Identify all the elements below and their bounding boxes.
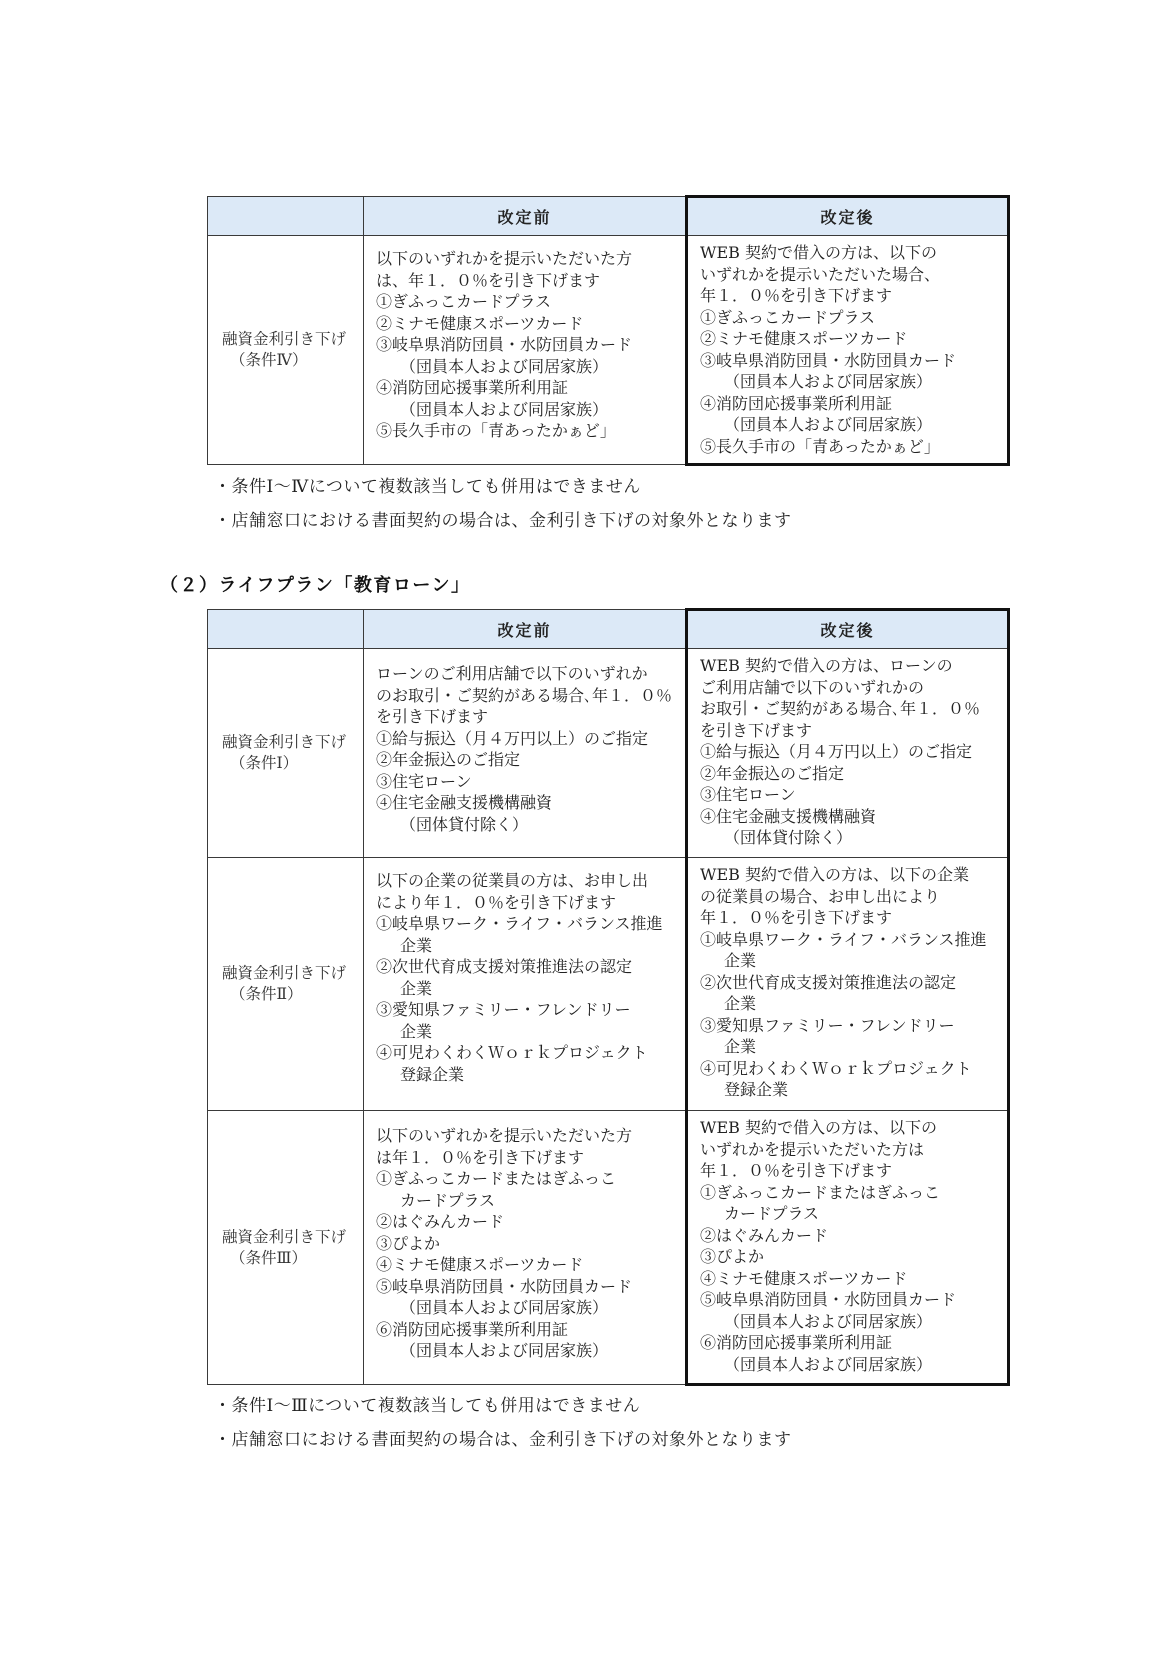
list-item-note: （団員本人および同居家族） xyxy=(700,414,997,436)
table-row: 融資金利引き下げ （条件Ⅲ） 以下のいずれかを提示いただいた方 は年１．０％を引… xyxy=(208,1111,1009,1385)
text-line: のお取引・ご契約がある場合､年１．０％ xyxy=(376,685,675,707)
list-item: ③愛知県ファミリー・フレンドリー xyxy=(376,999,675,1021)
row-label-condition: （条件Ⅰ） xyxy=(222,753,363,774)
list-item-cont: 登録企業 xyxy=(700,1079,997,1101)
text-line: ご利用店舗で以下のいずれかの xyxy=(700,677,997,699)
document-page: 改定前 改定後 融資金利引き下げ （条件Ⅳ） 以下のいずれかを提示いただいた方 … xyxy=(0,0,1170,1653)
list-item-note: （団員本人および同居家族） xyxy=(376,399,675,421)
row-label-main: 融資金利引き下げ xyxy=(222,732,363,753)
comparison-table-1: 改定前 改定後 融資金利引き下げ （条件Ⅳ） 以下のいずれかを提示いただいた方 … xyxy=(207,195,1010,466)
after-content: WEB 契約で借入の方は、以下の いずれかを提示いただいた方は 年１．０％を引き… xyxy=(687,1111,1009,1385)
row-label: 融資金利引き下げ （条件Ⅰ） xyxy=(208,649,364,858)
list-item: ②はぐみんカード xyxy=(376,1211,675,1233)
row-label-main: 融資金利引き下げ xyxy=(222,1227,363,1248)
list-item: ⑥消防団応援事業所利用証 xyxy=(376,1319,675,1341)
header-label-cell xyxy=(208,610,364,649)
text-line: WEB 契約で借入の方は、ローンの xyxy=(700,655,997,677)
header-before: 改定前 xyxy=(364,197,687,236)
list-item-cont: 企業 xyxy=(700,993,997,1015)
list-item: ③愛知県ファミリー・フレンドリー xyxy=(700,1015,997,1037)
list-item: ③住宅ローン xyxy=(700,784,997,806)
list-item: ①ぎふっこカードプラス xyxy=(376,291,675,313)
row-label-condition: （条件Ⅱ） xyxy=(222,984,363,1005)
list-item: ⑤長久手市の「青あったかぁど」 xyxy=(376,420,675,442)
list-item: ④ミナモ健康スポーツカード xyxy=(376,1254,675,1276)
text-line: により年１．０％を引き下げます xyxy=(376,892,675,914)
list-item: ③岐阜県消防団員・水防団員カード xyxy=(376,334,675,356)
row-label: 融資金利引き下げ （条件Ⅲ） xyxy=(208,1111,364,1385)
list-item-cont: 企業 xyxy=(700,950,997,972)
list-item: ②ミナモ健康スポーツカード xyxy=(700,328,997,350)
list-item: ①給与振込（月４万円以上）のご指定 xyxy=(700,741,997,763)
before-content: 以下のいずれかを提示いただいた方 は、年１．０％を引き下げます ①ぎふっこカード… xyxy=(364,236,687,465)
table-header-row: 改定前 改定後 xyxy=(208,197,1009,236)
list-item: ⑥消防団応援事業所利用証 xyxy=(700,1332,997,1354)
list-item: ②年金振込のご指定 xyxy=(700,763,997,785)
text-line: を引き下げます xyxy=(700,720,997,742)
list-item: ④可児わくわくＷｏｒｋプロジェクト xyxy=(376,1042,675,1064)
list-item-cont: カードプラス xyxy=(376,1190,675,1212)
table-header-row: 改定前 改定後 xyxy=(208,610,1009,649)
list-item: ①岐阜県ワーク・ライフ・バランス推進 xyxy=(376,913,675,935)
text-line: お取引・ご契約がある場合､年１．０％ xyxy=(700,698,997,720)
list-item: ④消防団応援事業所利用証 xyxy=(376,377,675,399)
note-no-combination: ・条件Ⅰ～Ⅲについて複数該当しても併用はできません xyxy=(214,1391,640,1416)
list-item: ②次世代育成支援対策推進法の認定 xyxy=(376,956,675,978)
text-line: は年１．０％を引き下げます xyxy=(376,1147,675,1169)
list-item-note: （団員本人および同居家族） xyxy=(700,1311,997,1333)
text-line: 年１．０％を引き下げます xyxy=(700,285,997,307)
list-item-cont: 企業 xyxy=(376,978,675,1000)
text-line: を引き下げます xyxy=(376,706,675,728)
row-label-condition: （条件Ⅳ） xyxy=(222,350,363,371)
row-label-main: 融資金利引き下げ xyxy=(222,329,363,350)
text-line: WEB 契約で借入の方は、以下の xyxy=(700,242,997,264)
list-item-cont: 企業 xyxy=(700,1036,997,1058)
text-line: 年１．０％を引き下げます xyxy=(700,907,997,929)
table-row: 融資金利引き下げ （条件Ⅳ） 以下のいずれかを提示いただいた方 は、年１．０％を… xyxy=(208,236,1009,465)
list-item: ①岐阜県ワーク・ライフ・バランス推進 xyxy=(700,929,997,951)
list-item: ③岐阜県消防団員・水防団員カード xyxy=(700,350,997,372)
list-item-note: （団員本人および同居家族） xyxy=(376,1340,675,1362)
list-item: ①ぎふっこカードまたはぎふっこ xyxy=(700,1182,997,1204)
list-item: ④可児わくわくＷｏｒｋプロジェクト xyxy=(700,1058,997,1080)
before-content: ローンのご利用店舗で以下のいずれか のお取引・ご契約がある場合､年１．０％ を引… xyxy=(364,649,687,858)
before-content: 以下の企業の従業員の方は、お申し出 により年１．０％を引き下げます ①岐阜県ワー… xyxy=(364,858,687,1111)
list-item-note: （団員本人および同居家族） xyxy=(700,371,997,393)
list-item: ⑤長久手市の「青あったかぁど」 xyxy=(700,436,997,458)
list-item: ①ぎふっこカードまたはぎふっこ xyxy=(376,1168,675,1190)
text-line: の従業員の場合、お申し出により xyxy=(700,886,997,908)
section-heading-education-loan: （２）ライフプラン「教育ローン」 xyxy=(160,571,471,597)
list-item: ④ミナモ健康スポーツカード xyxy=(700,1268,997,1290)
note-no-combination: ・条件Ⅰ～Ⅳについて複数該当しても併用はできません xyxy=(214,472,641,497)
text-line: いずれかを提示いただいた方は xyxy=(700,1139,997,1161)
list-item-note: （団員本人および同居家族） xyxy=(376,1297,675,1319)
text-line: は、年１．０％を引き下げます xyxy=(376,270,675,292)
list-item: ④消防団応援事業所利用証 xyxy=(700,393,997,415)
list-item: ③ぴよか xyxy=(700,1246,997,1268)
header-label-cell xyxy=(208,197,364,236)
list-item: ②ミナモ健康スポーツカード xyxy=(376,313,675,335)
list-item: ④住宅金融支援機構融資 xyxy=(376,792,675,814)
text-line: 以下の企業の従業員の方は、お申し出 xyxy=(376,870,675,892)
list-item: ③ぴよか xyxy=(376,1233,675,1255)
list-item: ②年金振込のご指定 xyxy=(376,749,675,771)
list-item: ⑤岐阜県消防団員・水防団員カード xyxy=(700,1289,997,1311)
row-label-condition: （条件Ⅲ） xyxy=(222,1248,363,1269)
note-counter-contract-excluded: ・店舗窓口における書面契約の場合は、金利引き下げの対象外となります xyxy=(214,506,792,531)
row-label: 融資金利引き下げ （条件Ⅳ） xyxy=(208,236,364,465)
list-item: ⑤岐阜県消防団員・水防団員カード xyxy=(376,1276,675,1298)
list-item-cont: 企業 xyxy=(376,935,675,957)
table-row: 融資金利引き下げ （条件Ⅰ） ローンのご利用店舗で以下のいずれか のお取引・ご契… xyxy=(208,649,1009,858)
list-item-note: （団体貸付除く） xyxy=(376,814,675,836)
header-after: 改定後 xyxy=(687,610,1009,649)
list-item: ①給与振込（月４万円以上）のご指定 xyxy=(376,728,675,750)
text-line: ローンのご利用店舗で以下のいずれか xyxy=(376,663,675,685)
list-item-cont: カードプラス xyxy=(700,1203,997,1225)
after-content: WEB 契約で借入の方は、以下の いずれかを提示いただいた場合、 年１．０％を引… xyxy=(687,236,1009,465)
list-item-note: （団員本人および同居家族） xyxy=(376,356,675,378)
list-item-cont: 企業 xyxy=(376,1021,675,1043)
list-item-cont: 登録企業 xyxy=(376,1064,675,1086)
text-line: WEB 契約で借入の方は、以下の xyxy=(700,1117,997,1139)
list-item: ②次世代育成支援対策推進法の認定 xyxy=(700,972,997,994)
list-item: ③住宅ローン xyxy=(376,771,675,793)
note-counter-contract-excluded: ・店舗窓口における書面契約の場合は、金利引き下げの対象外となります xyxy=(214,1425,792,1450)
after-content: WEB 契約で借入の方は、以下の企業 の従業員の場合、お申し出により 年１．０％… xyxy=(687,858,1009,1111)
text-line: 年１．０％を引き下げます xyxy=(700,1160,997,1182)
list-item: ②はぐみんカード xyxy=(700,1225,997,1247)
list-item: ④住宅金融支援機構融資 xyxy=(700,806,997,828)
header-after: 改定後 xyxy=(687,197,1009,236)
row-label: 融資金利引き下げ （条件Ⅱ） xyxy=(208,858,364,1111)
text-line: いずれかを提示いただいた場合、 xyxy=(700,264,997,286)
comparison-table-2: 改定前 改定後 融資金利引き下げ （条件Ⅰ） ローンのご利用店舗で以下のいずれか… xyxy=(207,608,1010,1386)
text-line: WEB 契約で借入の方は、以下の企業 xyxy=(700,864,997,886)
list-item-note: （団員本人および同居家族） xyxy=(700,1354,997,1376)
before-content: 以下のいずれかを提示いただいた方 は年１．０％を引き下げます ①ぎふっこカードま… xyxy=(364,1111,687,1385)
list-item: ①ぎふっこカードプラス xyxy=(700,307,997,329)
text-line: 以下のいずれかを提示いただいた方 xyxy=(376,1125,675,1147)
row-label-main: 融資金利引き下げ xyxy=(222,963,363,984)
header-before: 改定前 xyxy=(364,610,687,649)
table-row: 融資金利引き下げ （条件Ⅱ） 以下の企業の従業員の方は、お申し出 により年１．０… xyxy=(208,858,1009,1111)
list-item-note: （団体貸付除く） xyxy=(700,827,997,849)
text-line: 以下のいずれかを提示いただいた方 xyxy=(376,248,675,270)
after-content: WEB 契約で借入の方は、ローンの ご利用店舗で以下のいずれかの お取引・ご契約… xyxy=(687,649,1009,858)
